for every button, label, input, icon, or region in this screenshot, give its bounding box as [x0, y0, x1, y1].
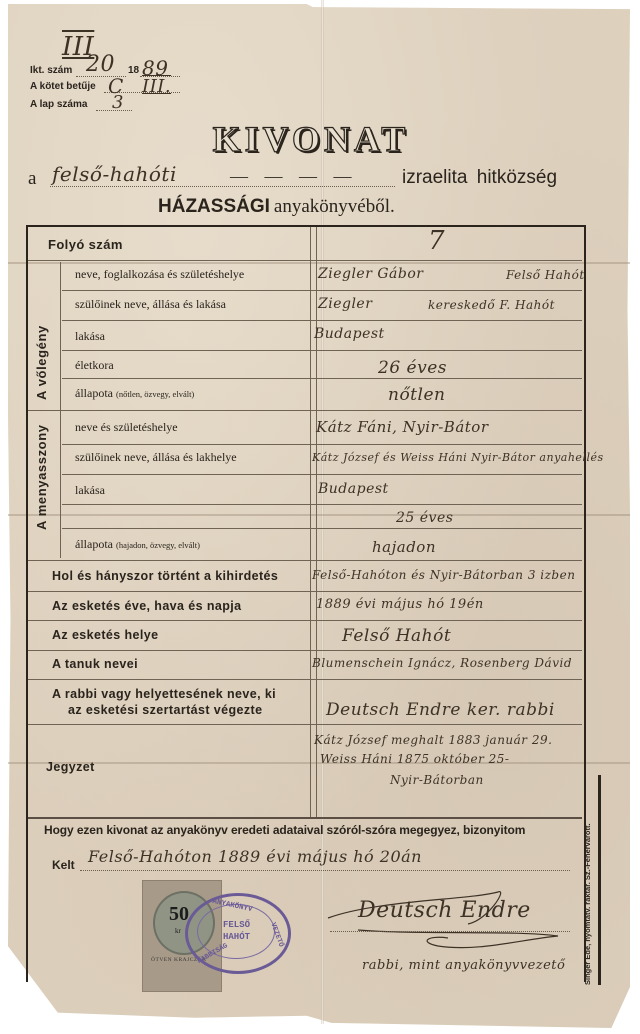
row-line: [62, 350, 582, 351]
bride-name-value: Kátz Fáni, Nyir-Bátor: [316, 418, 489, 436]
lap-szama-value: 3: [112, 92, 124, 113]
groom-status-value: nőtlen: [388, 385, 445, 405]
kotet-betuje-label: A kötet betűje: [30, 81, 96, 92]
jegyzet-line-2: Weiss Háni 1875 október 25-: [320, 752, 509, 766]
rabbi-label: A rabbi vagy helyettesének neve, ki: [52, 687, 276, 701]
wedding-place-label: Az esketés helye: [52, 628, 158, 642]
witnesses-value: Blumenschein Ignácz, Rosenberg Dávid: [312, 656, 572, 670]
banns-value: Felső-Hahóton és Nyir-Bátorban 3 izben: [312, 568, 575, 582]
wedding-place-value: Felső Hahót: [342, 626, 451, 646]
bride-status-value: hajadon: [372, 538, 436, 556]
row-line: [62, 320, 582, 321]
banns-label: Hol és hányszor történt a kihirdetés: [52, 569, 278, 583]
groom-parents-occupation-value: kereskedő F. Hahót: [428, 298, 555, 312]
bride-parents-label: szülőinek neve, állása és lakhelye: [75, 450, 237, 465]
section-line: [28, 410, 582, 411]
row-line: [62, 504, 582, 505]
community-prefix: a: [28, 168, 36, 190]
groom-parents-label: szülőinek neve, állása és lakása: [75, 297, 226, 312]
community-name: felső-hahóti: [52, 162, 177, 186]
row-line: [62, 290, 582, 291]
row-line: [28, 679, 582, 680]
official-seal: ANYAKÖNYV FELSŐ HAHÓT VEZETŐ RABBISÁG: [185, 893, 291, 974]
lap-szama-label: A lap száma: [30, 99, 87, 110]
row-line: [62, 528, 582, 529]
groom-section-label: A vőlegény: [34, 325, 49, 400]
ikt-szam-label: Ikt. szám: [30, 65, 72, 76]
groom-name-value: Ziegler Gábor: [318, 266, 423, 282]
rabbi-value: Deutsch Endre ker. rabbi: [326, 700, 555, 720]
kotet-roman: III.: [142, 76, 171, 97]
row-line: [28, 724, 582, 725]
folyo-szam-value: 7: [428, 226, 445, 256]
community-dashes: — — — —: [230, 166, 358, 187]
printer-rule: [598, 775, 601, 985]
year-prefix: 18: [128, 65, 139, 76]
kelt-value: Felső-Hahóton 1889 évi május hó 20án: [88, 847, 422, 866]
bride-status-label: állapota (hajadon, özvegy, elvált): [75, 537, 200, 552]
groom-status-label: állapota (nőtlen, özvegy, elvált): [75, 386, 194, 401]
seal-center-line1: FELSŐ: [223, 920, 250, 930]
signature-line: [330, 931, 570, 932]
row-line: [28, 620, 582, 621]
groom-residence-label: lakása: [75, 329, 105, 344]
groom-age-value: 26 éves: [378, 358, 447, 378]
register-heading: HÁZASSÁGI anyakönyvéből.: [158, 196, 395, 218]
groom-birthplace-value: Felső Hahót: [506, 268, 585, 282]
kelt-line: [80, 870, 570, 871]
row-line: [62, 378, 582, 379]
row-line: [62, 474, 582, 475]
section-line: [28, 560, 582, 561]
bride-residence-label: lakása: [75, 483, 105, 498]
tax-stamp-unit: kr: [175, 927, 181, 935]
bride-section-label: A menyasszony: [34, 424, 49, 530]
bride-age-value: 25 éves: [396, 510, 453, 526]
register-rest: anyakönyvéből.: [274, 196, 395, 217]
witnesses-label: A tanuk nevei: [52, 657, 138, 671]
bride-parents-value: Kátz József és Weiss Háni Nyir-Bátor any…: [312, 451, 604, 464]
document-title: KIVONAT: [0, 118, 622, 160]
row-line: [28, 650, 582, 651]
column-divider-inner: [316, 227, 317, 817]
row-line: [28, 260, 582, 261]
seal-center-line2: HAHÓT: [223, 932, 250, 942]
printer-imprint: Singer Ede, nyomtatv. raktár. Sz.-Fehérv…: [583, 823, 592, 985]
jegyzet-label: Jegyzet: [46, 760, 95, 774]
section-line: [28, 817, 582, 819]
groom-name-label: neve, foglalkozása és születéshelye: [75, 267, 244, 282]
kelt-label: Kelt: [52, 858, 75, 872]
certification-text: Hogy ezen kivonat az anyakönyv eredeti a…: [44, 823, 525, 837]
community-suffix: izraelita hitközség: [402, 167, 557, 189]
folyo-szam-label: Folyó szám: [48, 237, 123, 252]
jegyzet-line-3: Nyir-Bátorban: [390, 773, 484, 787]
rabbi-label-line2: az esketési szertartást végezte: [68, 703, 262, 717]
register-bold: HÁZASSÁGI: [158, 196, 270, 217]
groom-age-label: életkora: [75, 358, 114, 373]
bride-residence-value: Budapest: [318, 481, 389, 497]
signature-title: rabbi, mint anyakönyvvezető: [362, 958, 565, 973]
wedding-date-label: Az esketés éve, hava és napja: [52, 599, 242, 613]
groom-residence-value: Budapest: [314, 326, 385, 342]
column-divider: [310, 227, 311, 817]
row-line: [62, 444, 582, 445]
jegyzet-line-1: Kátz József meghalt 1883 január 29.: [314, 733, 552, 747]
signature: Deutsch Endre: [358, 898, 531, 923]
bride-name-label: neve és születéshelye: [75, 420, 178, 435]
wedding-date-value: 1889 évi május hó 19én: [316, 597, 484, 612]
row-line: [28, 591, 582, 592]
groom-parents-value: Ziegler: [318, 296, 372, 312]
